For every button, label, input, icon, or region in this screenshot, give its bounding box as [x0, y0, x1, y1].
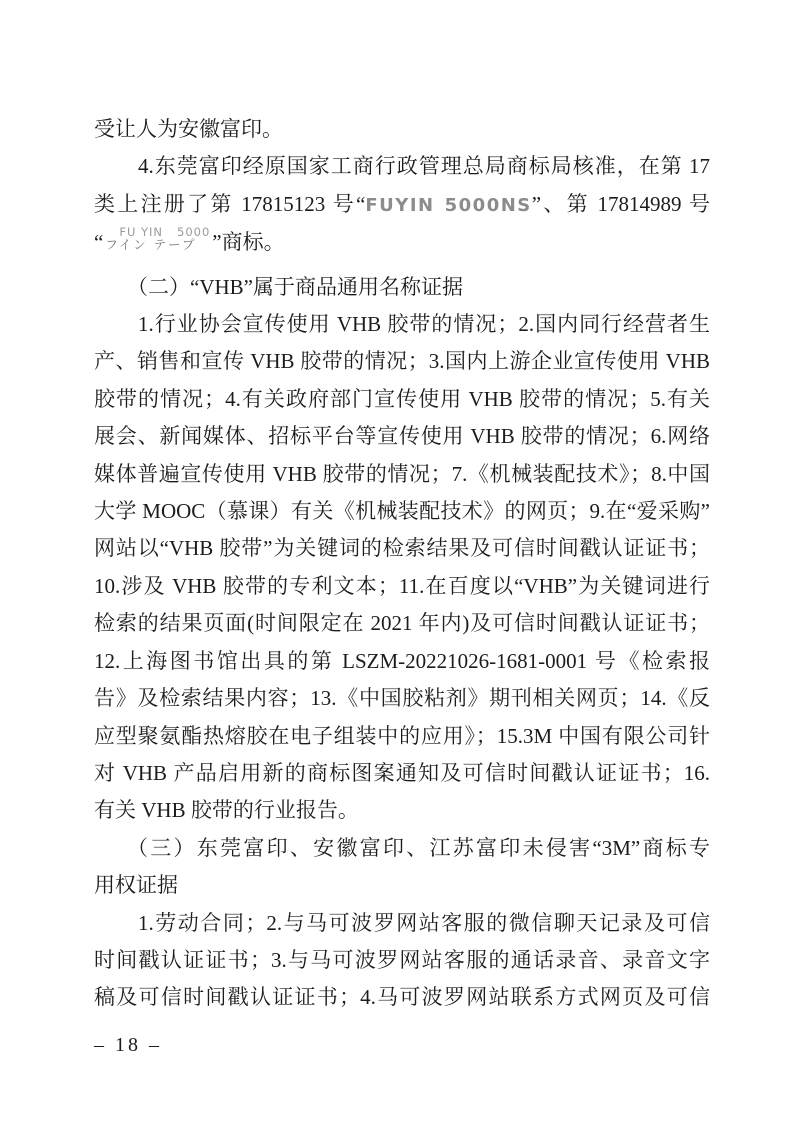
text-line: 网站以“VHB 胶带”为关键词的检索结果及可信时间戳认证证书；: [94, 530, 710, 567]
trademark-katakana-line: フイン テープ: [105, 238, 210, 251]
text-line-with-trademark: “FU YIN 5000フイン テープ”商标。: [94, 224, 710, 261]
text-line: 受让人为安徽富印。: [94, 111, 710, 148]
document-body: 受让人为安徽富印。 4.东莞富印经原国家工商行政管理总局商标局核准，在第 17 …: [94, 111, 710, 1017]
open-quote: “: [94, 230, 103, 254]
text-line: 展会、新闻媒体、招标平台等宣传使用 VHB 胶带的情况；6.网络: [94, 418, 710, 455]
fuyin-5000ns-logo: FUYIN 5000NS: [365, 195, 531, 216]
text-line: 媒体普遍宣传使用 VHB 胶带的情况；7.《机械装配技术》；8.中国: [94, 456, 710, 493]
text-line: 1.劳动合同；2.与马可波罗网站客服的微信聊天记录及可信: [94, 905, 710, 942]
text-line-with-logo: 类上注册了第 17815123 号“FUYIN 5000NS”、第 178149…: [94, 186, 710, 224]
text-line: 12.上海图书馆出具的第 LSZM-20221026-1681-0001 号《检…: [94, 643, 710, 680]
text-line: 检索的结果页面(时间限定在 2021 年内)及可信时间戳认证证书；: [94, 605, 710, 642]
section-heading: （二）“VHB”属于商品通用名称证据: [94, 269, 710, 306]
text-line: 用权证据: [94, 867, 710, 904]
document-page: 受让人为安徽富印。 4.东莞富印经原国家工商行政管理总局商标局核准，在第 17 …: [0, 0, 794, 1123]
text-line: 1.行业协会宣传使用 VHB 胶带的情况；2.国内同行经营者生: [94, 306, 710, 343]
text-line: 产、销售和宣传 VHB 胶带的情况；3.国内上游企业宣传使用 VHB: [94, 343, 710, 380]
fuyin-tape-trademark: FU YIN 5000フイン テープ: [105, 226, 210, 251]
close-quote: ”: [212, 230, 221, 254]
text-line: 对 VHB 产品启用新的商标图案通知及可信时间戳认证证书；16.: [94, 755, 710, 792]
section-heading: （三）东莞富印、安徽富印、江苏富印未侵害“3M”商标专: [94, 830, 710, 867]
text-segment: ”、第 17814989 号: [532, 192, 710, 216]
text-line: 告》及检索结果内容；13.《中国胶粘剂》期刊相关网页；14.《反: [94, 680, 710, 717]
text-line: 胶带的情况；4.有关政府部门宣传使用 VHB 胶带的情况；5.有关: [94, 381, 710, 418]
text-line: 应型聚氨酯热熔胶在电子组装中的应用》；15.3M 中国有限公司针: [94, 718, 710, 755]
text-line: 10.涉及 VHB 胶带的专利文本；11.在百度以“VHB”为关键词进行: [94, 568, 710, 605]
text-line: 大学 MOOC（慕课）有关《机械装配技术》的网页；9.在“爱采购”: [94, 493, 710, 530]
text-segment: 商标。: [222, 230, 285, 254]
text-line: 时间戳认证证书；3.与马可波罗网站客服的通话录音、录音文字: [94, 942, 710, 979]
text-segment: 类上注册了第 17815123 号“: [94, 192, 365, 216]
page-number: – 18 –: [94, 1034, 162, 1057]
text-line: 稿及可信时间戳认证证书；4.马可波罗网站联系方式网页及可信: [94, 979, 710, 1016]
text-line: 有关 VHB 胶带的行业报告。: [94, 792, 710, 829]
text-line: 4.东莞富印经原国家工商行政管理总局商标局核准，在第 17: [94, 148, 710, 185]
